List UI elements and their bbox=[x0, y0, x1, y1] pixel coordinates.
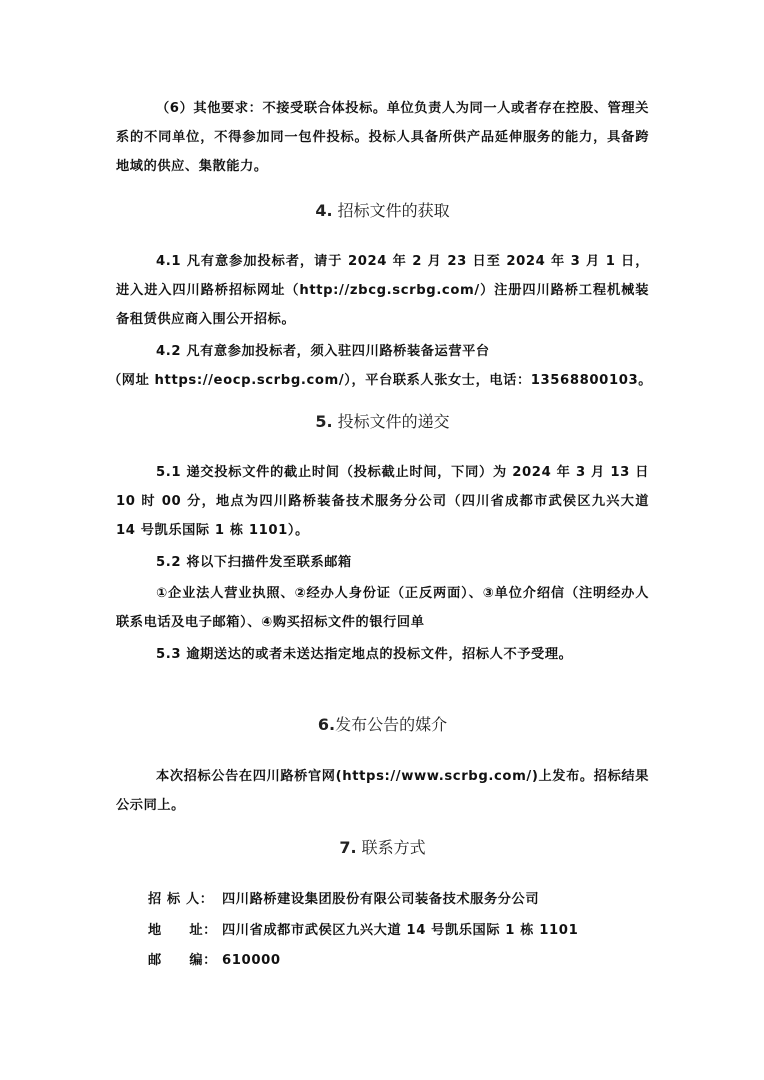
paragraph-5-1: 5.1 递交投标文件的截止时间（投标截止时间，下同）为 2024 年 3 月 1… bbox=[116, 458, 649, 545]
contact-label: 招 标 人： bbox=[148, 890, 222, 910]
contact-label: 邮 编： bbox=[148, 951, 222, 971]
paragraph-4-2-line2: （网址 https://eocp.scrbg.com/），平台联系人张女士，电话… bbox=[108, 366, 653, 395]
section-number: 4. bbox=[315, 201, 332, 220]
section-title: 发布公告的媒介 bbox=[335, 715, 447, 734]
paragraph-other-requirements: （6）其他要求：不接受联合体投标。单位负责人为同一人或者存在控股、管理关系的不同… bbox=[116, 94, 649, 181]
section-7-heading: 7. 联系方式 bbox=[116, 837, 649, 859]
paragraph-6-1: 本次招标公告在四川路桥官网(https://www.scrbg.com/)上发布… bbox=[116, 762, 649, 820]
contact-row-tenderer: 招 标 人：四川路桥建设集团股份有限公司装备技术服务分公司 bbox=[148, 890, 539, 910]
section-title: 联系方式 bbox=[362, 838, 426, 857]
section-number: 5. bbox=[315, 412, 332, 431]
paragraph-5-3: 5.3 逾期送达的或者未送达指定地点的投标文件，招标人不予受理。 bbox=[116, 640, 649, 669]
section-6-heading: 6.发布公告的媒介 bbox=[116, 714, 649, 736]
section-5-heading: 5. 投标文件的递交 bbox=[116, 411, 649, 433]
contact-row-address: 地 址：四川省成都市武侯区九兴大道 14 号凯乐国际 1 栋 1101 bbox=[148, 921, 578, 941]
contact-value: 四川路桥建设集团股份有限公司装备技术服务分公司 bbox=[222, 892, 539, 907]
paragraph-5-2-list: ①企业法人营业执照、②经办人身份证（正反两面）、③单位介绍信（注明经办人联系电话… bbox=[116, 579, 649, 637]
paragraph-5-2: 5.2 将以下扫描件发至联系邮箱 bbox=[116, 548, 649, 577]
contact-label: 地 址： bbox=[148, 921, 222, 941]
paragraph-4-2-line1: 4.2 凡有意参加投标者，须入驻四川路桥装备运营平台 bbox=[116, 337, 649, 366]
contact-row-postcode: 邮 编：610000 bbox=[148, 951, 281, 971]
contact-value: 610000 bbox=[222, 953, 281, 968]
paragraph-4-1: 4.1 凡有意参加投标者，请于 2024 年 2 月 23 日至 2024 年 … bbox=[116, 247, 649, 334]
section-title: 投标文件的递交 bbox=[338, 412, 450, 431]
section-number: 7. bbox=[339, 838, 356, 857]
section-title: 招标文件的获取 bbox=[338, 201, 450, 220]
section-number: 6. bbox=[318, 715, 335, 734]
contact-value: 四川省成都市武侯区九兴大道 14 号凯乐国际 1 栋 1101 bbox=[222, 923, 578, 938]
section-4-heading: 4. 招标文件的获取 bbox=[116, 200, 649, 222]
